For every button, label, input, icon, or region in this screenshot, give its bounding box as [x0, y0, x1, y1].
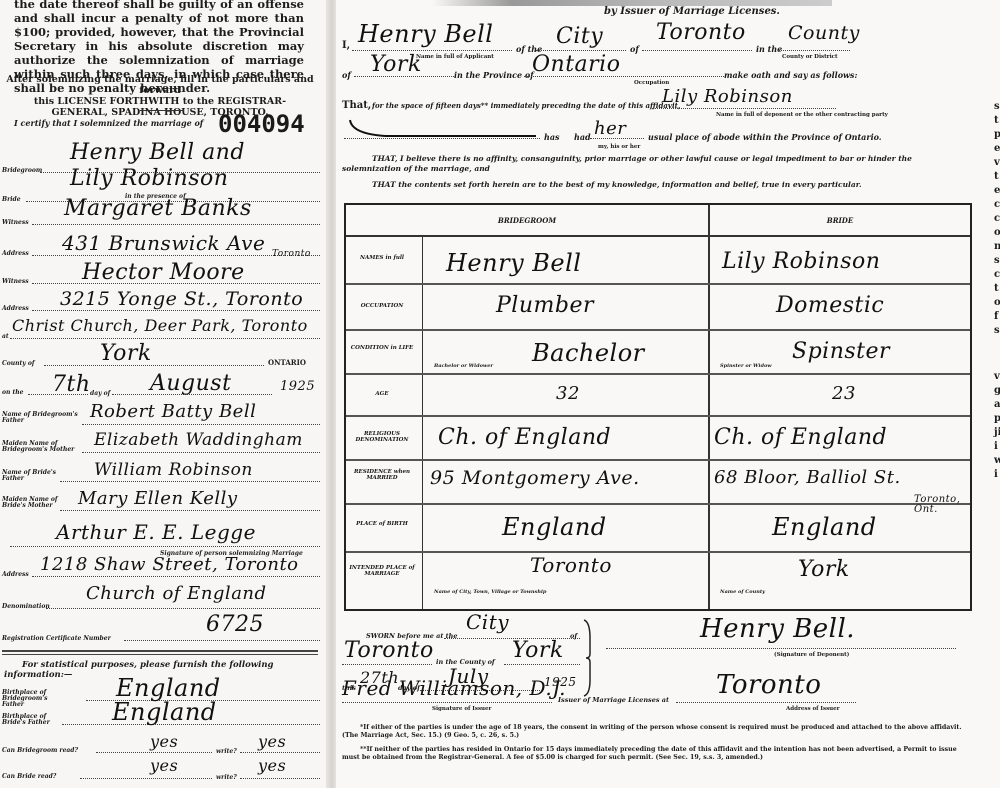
bride-full-name: Lily Robinson — [722, 251, 880, 273]
marriage-location: Christ Church, Deer Park, Toronto — [12, 318, 308, 334]
row-divider — [346, 329, 970, 331]
fill-line — [32, 224, 320, 225]
sworn-municipality: Toronto — [344, 640, 434, 662]
fill-line — [240, 778, 320, 779]
pronoun-value: her — [594, 120, 626, 138]
abode-text: usual place of abode within the Province… — [648, 132, 882, 142]
section-divider — [2, 654, 318, 655]
fill-line — [652, 108, 836, 109]
fill-line — [32, 310, 320, 311]
bachelor-widower-label: Bachelor or Widower — [434, 363, 493, 369]
oath-label: make oath and say as follows: — [724, 70, 857, 80]
groom-intended-place: Toronto — [530, 555, 612, 575]
instruction-line-1: After solemnizing the marriage, fill in … — [4, 74, 316, 96]
prefix-i: I, — [342, 40, 350, 51]
right-page-affidavit: by Issuer of Marriage Licenses. I, Henry… — [336, 0, 1000, 788]
witness-2-address: 3215 Yonge St., Toronto — [60, 290, 303, 309]
bride-can-read: yes — [150, 758, 178, 774]
fill-line — [80, 778, 212, 779]
witness-1-address-note: Toronto — [272, 250, 311, 259]
deponent-signature-sublabel: (Signature of Deponent) — [774, 652, 849, 658]
municipality-name: Toronto — [656, 22, 746, 44]
strike-through-mark — [346, 118, 546, 140]
officiant-signature: Arthur E. E. Legge — [56, 522, 256, 542]
divider — [140, 110, 184, 111]
label-bride-read: Can Bride read? — [2, 774, 82, 780]
label-groom-father-birthplace: Birthplace of Bridegroom's Father — [2, 690, 62, 708]
row-divider — [346, 459, 970, 461]
label-bride-write: write? — [216, 774, 237, 781]
issuer-signature-sublabel: Signature of Issuer — [432, 706, 491, 712]
bride-father-name: William Robinson — [94, 462, 253, 479]
label-denomination: Denomination — [2, 604, 80, 610]
bracket-brace — [582, 618, 592, 698]
affidavit-header: by Issuer of Marriage Licenses. — [604, 6, 780, 17]
row-divider — [346, 415, 970, 417]
had-label: had — [574, 132, 591, 142]
groom-full-name: Henry Bell — [446, 251, 581, 275]
fill-line — [10, 338, 320, 339]
witness-2-name: Hector Moore — [82, 262, 245, 284]
issuer-address-sublabel: Address of Issuer — [786, 706, 840, 712]
row-label-names: NAMES in full — [346, 255, 418, 261]
registration-number: 004094 — [218, 110, 305, 138]
county-type: County — [788, 24, 860, 43]
fill-line — [44, 365, 264, 366]
column-header-bridegroom: BRIDEGROOM — [346, 205, 708, 237]
province-ontario: ONTARIO — [268, 358, 306, 367]
of-label: of — [630, 44, 639, 54]
city-town-label: Name of City, Town, Village or Township — [434, 589, 546, 595]
groom-religion: Ch. of England — [438, 427, 611, 449]
certify-text: I certify that I solemnized the marriage… — [14, 118, 203, 128]
fill-line — [352, 50, 512, 51]
groom-can-write: yes — [258, 734, 286, 750]
bride-residence-note: Toronto, Ont. — [914, 495, 970, 515]
fill-line — [82, 424, 320, 425]
contents-true-clause: THAT the contents set forth herein are t… — [372, 180, 862, 189]
label-groom-write: write? — [216, 748, 237, 755]
left-page-marriage-register: the date thereof shall be guilty of an o… — [0, 0, 328, 788]
fill-line — [96, 752, 212, 753]
bride-residence: 68 Bloor, Balliol St. — [714, 469, 901, 487]
issuer-label: Issuer of Marriage Licenses at — [558, 696, 669, 704]
bride-birthplace: England — [772, 515, 877, 539]
that-label: That, — [342, 100, 371, 111]
deponent-signature: Henry Bell. — [700, 616, 855, 642]
particulars-table: BRIDEGROOM BRIDE NAMES in full Henry Bel… — [344, 203, 972, 611]
row-divider — [346, 551, 970, 553]
fill-line — [676, 702, 856, 703]
county-sublabel: County or District — [782, 54, 838, 60]
bride-can-write: yes — [258, 758, 286, 774]
label-bride-father-birthplace: Birthplace of Bride's Father — [2, 714, 62, 726]
fill-line — [642, 50, 752, 51]
adjacent-page-edge-text: stpevtecconsctofs — [994, 100, 1000, 338]
bride-name: Lily Robinson — [70, 168, 228, 190]
fill-line — [504, 664, 580, 665]
label-registration-certificate: Registration Certificate Number — [2, 636, 132, 642]
no-impediment-clause: THAT, I believe there is no affinity, co… — [342, 154, 972, 174]
groom-residence: 95 Montgomery Ave. — [430, 469, 640, 488]
marriage-year: 1925 — [280, 380, 315, 393]
issuer-signature: Fred Williamson, D.J. — [342, 678, 566, 698]
of-label-2: of — [342, 70, 351, 80]
label-groom-mother: Maiden Name of Bridegroom's Mother — [2, 441, 80, 453]
fill-line — [82, 452, 320, 453]
row-label-birthplace: PLACE of BIRTH — [346, 521, 418, 527]
witness-1-address: 431 Brunswick Ave — [62, 233, 265, 253]
fill-line — [536, 50, 626, 51]
county-value: York — [100, 343, 152, 365]
groom-can-read: yes — [150, 734, 178, 750]
row-divider — [346, 503, 970, 505]
adjacent-page-edge-text-2: vgapjiiwi — [994, 370, 1000, 482]
groom-occupation: Plumber — [496, 295, 594, 317]
fill-line — [240, 752, 320, 753]
fill-line — [342, 664, 432, 665]
registration-certificate-number: 6725 — [206, 614, 264, 636]
contracting-party-sublabel: Name in full of deponent or the other co… — [716, 112, 888, 118]
fill-line — [32, 576, 320, 577]
officiant-denomination: Church of England — [86, 585, 267, 603]
bride-occupation: Domestic — [776, 295, 884, 317]
issuer-address: Toronto — [716, 672, 821, 698]
fill-line — [778, 50, 850, 51]
county-name: York — [370, 54, 422, 76]
fill-line — [606, 648, 956, 649]
groom-mother-maiden-name: Elizabeth Waddingham — [94, 432, 303, 449]
row-label-intended-place: INTENDED PLACE of MARRIAGE — [346, 565, 418, 577]
contracting-party-name: Lily Robinson — [662, 88, 793, 106]
bridegroom-name: Henry Bell and — [70, 142, 245, 164]
label-bride-mother: Maiden Name of Bride's Mother — [2, 497, 80, 509]
row-divider — [346, 373, 970, 375]
marriage-month: August — [150, 373, 231, 395]
applicant-sublabel: Name in full of Applicant — [416, 54, 494, 60]
county-name-label: Name of County — [720, 589, 765, 595]
groom-father-birthplace: England — [116, 676, 221, 700]
fifteen-days-text: for the space of fifteen days** immediat… — [372, 101, 680, 110]
witness-1-name: Margaret Banks — [64, 198, 252, 220]
row-label-occupation: OCCUPATION — [346, 303, 418, 309]
officiant-address: 1218 Shaw Street, Toronto — [40, 556, 299, 574]
groom-father-name: Robert Batty Bell — [90, 403, 256, 421]
fill-line — [46, 608, 320, 609]
fill-line — [342, 702, 552, 703]
province-label: in the Province of — [454, 70, 534, 80]
label-column-divider — [422, 237, 423, 609]
row-divider — [346, 283, 970, 285]
fill-line — [124, 640, 320, 641]
day-of-label: day of — [90, 390, 110, 397]
label-county: County of — [2, 361, 80, 367]
bride-age: 23 — [832, 385, 856, 403]
column-header-bride: BRIDE — [710, 205, 970, 237]
label-groom-father: Name of Bridegroom's Father — [2, 412, 80, 424]
row-label-religion: RELIGIOUS DENOMINATION — [346, 431, 418, 443]
bride-condition: Spinster — [792, 341, 890, 363]
label-witness-2: Witness — [2, 279, 80, 285]
bride-religion: Ch. of England — [714, 427, 887, 449]
bride-father-birthplace: England — [112, 700, 217, 724]
fill-line — [344, 138, 540, 139]
province-name: Ontario — [532, 54, 620, 76]
in-the-label: in the — [756, 44, 782, 54]
pronoun-sublabel: my, his or her — [598, 144, 640, 150]
groom-age: 32 — [556, 385, 580, 403]
bride-mother-maiden-name: Mary Ellen Kelly — [78, 490, 238, 508]
municipality-type: City — [556, 26, 603, 48]
marriage-day: 7th — [52, 374, 91, 396]
label-bridegroom: Bridegroom — [2, 168, 80, 174]
applicant-name: Henry Bell — [358, 22, 493, 46]
fill-line — [60, 481, 320, 482]
groom-birthplace: England — [502, 515, 607, 539]
footnote-age-consent: *If either of the parties is under the a… — [342, 724, 972, 740]
footnote-residency-permit: **If neither of the parties has resided … — [342, 746, 972, 762]
instruction-line-2: this LICENSE FORTHWITH to the REGISTRAR- — [4, 96, 316, 107]
fill-line — [60, 510, 320, 511]
sworn-of-label: of — [570, 632, 577, 640]
row-label-age: AGE — [346, 391, 418, 397]
bride-intended-place: York — [798, 559, 850, 581]
row-label-condition: CONDITION in LIFE — [346, 345, 418, 351]
has-label: has — [544, 132, 560, 142]
fill-line — [10, 546, 320, 547]
label-groom-read: Can Bridegroom read? — [2, 748, 102, 754]
spinster-widow-label: Spinster or Widow — [720, 363, 772, 369]
groom-condition: Bachelor — [532, 341, 645, 365]
sworn-municipality-type: City — [466, 612, 509, 632]
column-divider — [708, 205, 710, 609]
sworn-county: York — [512, 640, 564, 662]
row-label-residence: RESIDENCE when MARRIED — [346, 469, 418, 481]
section-divider — [2, 650, 318, 652]
